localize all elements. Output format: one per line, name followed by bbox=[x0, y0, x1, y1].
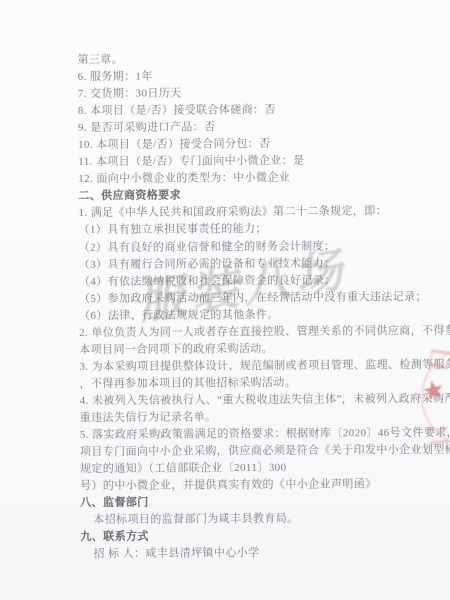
document-text-block: 第三章。6. 服务期：1年7. 交货期：30日历天8. 本项目（是/否）接受联合… bbox=[77, 50, 410, 563]
scan-tilt-wrapper: 服装八场 第三章。6. 服务期：1年7. 交货期：30日历天8. 本项目（是/否… bbox=[0, 0, 450, 600]
document-line: 第三章。 bbox=[77, 50, 407, 69]
document-line: 3. 为本采购项目提供整体设计、规范编制或者项目管理、监理、检测等服务的 bbox=[79, 357, 409, 376]
document-line: （3）具有履行合同所必需的设备和专业技术能力； bbox=[79, 254, 409, 273]
scanned-document-page: 服装八场 第三章。6. 服务期：1年7. 交货期：30日历天8. 本项目（是/否… bbox=[0, 0, 450, 600]
document-line: 10. 本项目（是/否）接受合同分包：否 bbox=[78, 135, 408, 154]
star-icon: ★ bbox=[420, 376, 448, 406]
document-line: （1）具有独立承担民事责任的能力； bbox=[79, 220, 409, 239]
document-line: 5. 落实政府采购政策需满足的资格要求：根据财库〔2020〕46号文件要求，本 bbox=[80, 425, 410, 444]
document-line: 12. 面向中小微企业的类型为：中小微企业 bbox=[78, 169, 408, 188]
document-line: （6）法律、行政法规规定的其他条件。 bbox=[79, 306, 409, 325]
seal-text-fragment-top bbox=[429, 350, 450, 369]
document-line: 2. 单位负责人为同一人或者存在直接控股、管理关系的不同供应商，不得参加 bbox=[79, 323, 409, 342]
document-line: 八、监督部门 bbox=[80, 493, 410, 512]
document-line: 1. 满足《中华人民共和国政府采购法》第二十二条规定，即： bbox=[78, 203, 408, 222]
document-line: 6. 服务期：1年 bbox=[78, 67, 408, 86]
document-line: 8. 本项目（是/否）接受联合体磋商：否 bbox=[78, 101, 408, 120]
document-line: 号）的中小微企业，并提供真实有效的《中小企业声明函》 bbox=[80, 476, 410, 495]
document-line: ，不得再参加本项目的其他招标采购活动。 bbox=[79, 374, 409, 393]
document-line: 9. 是否可采购进口产品：否 bbox=[78, 118, 408, 137]
document-line: （5）参加政府采购活动前三年内，在经营活动中没有重大违法记录； bbox=[79, 289, 409, 308]
document-line: 4. 未被列入失信被执行人、“重大税收违法失信主体”，未被列入政府采购严 bbox=[80, 391, 410, 410]
document-line: 本项目同一合同项下的政府采购活动。 bbox=[79, 340, 409, 359]
document-line: 重违法失信行为记录名单。 bbox=[80, 408, 410, 427]
document-line: 本招标项目的监督部门为咸丰县教育局。 bbox=[80, 510, 410, 529]
red-seal-partial: ★ bbox=[414, 342, 450, 454]
document-line: 规定的通知》（工信部联企业〔2011〕300 bbox=[80, 459, 410, 478]
document-line: 九、联系方式 bbox=[80, 527, 410, 546]
document-line: 招 标 人：咸丰县清坪镇中心小学 bbox=[81, 544, 411, 563]
seal-text-fragment-bottom bbox=[428, 427, 448, 444]
document-line: 7. 交货期：30日历天 bbox=[78, 84, 408, 103]
document-line: 11. 本项目（是/否）专门面向中小微企业：是 bbox=[78, 152, 408, 171]
document-line: （4）有依法缴纳税收和社会保障资金的良好记录； bbox=[79, 271, 409, 290]
document-line: 项目专门面向中小企业采购，供应商必须是符合《关于印发中小企业划型标准 bbox=[80, 442, 410, 461]
document-line: （2）具有良好的商业信誉和健全的财务会计制度； bbox=[79, 237, 409, 256]
document-line: 二、供应商资格要求 bbox=[78, 186, 408, 205]
